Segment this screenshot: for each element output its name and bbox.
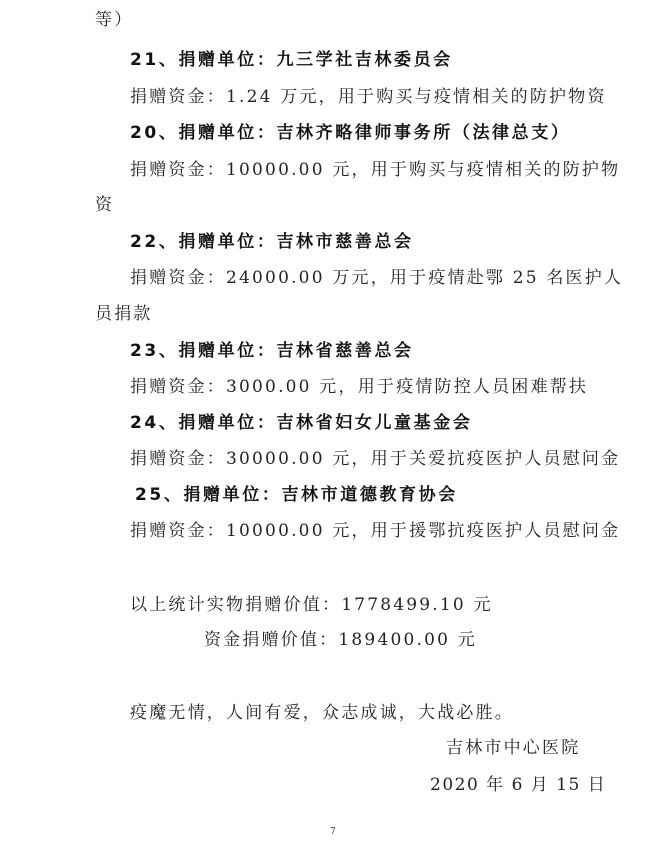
entry-heading-22: 22、捐赠单位：吉林市慈善总会 [130, 232, 414, 252]
page-number: 7 [330, 827, 336, 837]
entry-body-22-cont: 员捐款 [95, 304, 153, 324]
continuation-text: 等） [95, 10, 133, 30]
entry-body-20-cont: 资 [95, 195, 114, 215]
entry-body-21: 捐赠资金：1.24 万元，用于购买与疫情相关的防护物资 [130, 87, 607, 107]
entry-body-25: 捐赠资金：10000.00 元，用于援鄂抗疫医护人员慰问金 [130, 521, 620, 541]
entry-body-20: 捐赠资金：10000.00 元，用于购买与疫情相关的防护物 [130, 160, 620, 180]
signature-date: 2020 年 6 月 15 日 [430, 775, 606, 795]
entry-heading-24: 24、捐赠单位：吉林省妇女儿童基金会 [130, 413, 472, 433]
entry-heading-25: 25、捐赠单位：吉林市道德教育协会 [135, 485, 458, 505]
summary-goods-value: 以上统计实物捐赠价值：1778499.10 元 [130, 595, 493, 615]
signature-organization: 吉林市中心医院 [446, 738, 580, 758]
summary-funds-value: 资金捐赠价值：189400.00 元 [204, 630, 477, 650]
entry-body-23: 捐赠资金：3000.00 元，用于疫情防控人员困难帮扶 [130, 377, 588, 397]
entry-body-24: 捐赠资金：30000.00 元，用于关爱抗疫医护人员慰问金 [130, 449, 620, 469]
entry-heading-23: 23、捐赠单位：吉林省慈善总会 [130, 341, 414, 361]
entry-body-22: 捐赠资金：24000.00 万元，用于疫情赴鄂 25 名医护人 [130, 268, 623, 288]
entry-heading-20: 20、捐赠单位：吉林齐略律师事务所（法律总支） [130, 123, 570, 143]
slogan: 疫魔无情，人间有爱，众志成诚，大战必胜。 [130, 703, 514, 723]
entry-heading-21: 21、捐赠单位：九三学社吉林委员会 [130, 50, 453, 70]
